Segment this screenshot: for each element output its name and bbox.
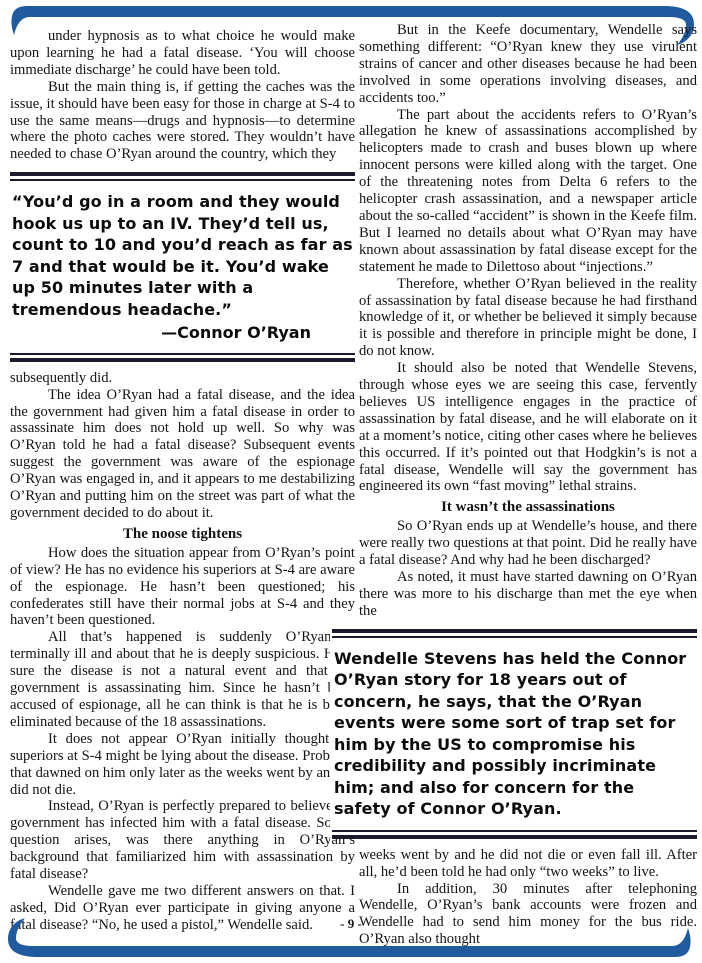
bottom-border-swoosh [8,918,691,957]
body-paragraph: under hypnosis as to what choice he woul… [10,28,355,79]
left-column: under hypnosis as to what choice he woul… [10,28,355,934]
pull-quote-text: Wendelle Stevens has held the Connor O’R… [332,638,697,830]
body-paragraph: All that’s happened is suddenly O’Ryan i… [10,629,355,730]
body-paragraph: But in the Keefe documentary, Wendelle s… [359,22,697,107]
bottom-border-bar [0,915,702,963]
section-heading-wasnt-assassinations: It wasn’t the assassinations [359,499,697,516]
quote-rule-bottom-thick [10,358,355,362]
pull-quote-wendelle-stevens: Wendelle Stevens has held the Connor O’R… [330,629,697,839]
body-paragraph: But the main thing is, if getting the ca… [10,79,355,164]
section-heading-noose-tightens: The noose tightens [10,526,355,543]
body-paragraph: So O’Ryan ends up at Wendelle’s house, a… [359,518,697,569]
body-paragraph: It should also be noted that Wendelle St… [359,360,697,495]
right-column: But in the Keefe documentary, Wendelle s… [359,22,697,948]
body-paragraph: The idea O’Ryan had a fatal disease, and… [10,387,355,522]
quote-rule-bottom-thick [332,835,697,839]
body-paragraph: As noted, it must have started dawning o… [359,569,697,620]
pull-quote-connor-oryan: “You’d go in a room and they would hook … [10,172,355,362]
pull-quote-attribution: —Connor O’Ryan [10,322,355,353]
pull-quote-text: “You’d go in a room and they would hook … [10,181,355,322]
document-page: under hypnosis as to what choice he woul… [0,0,702,963]
body-paragraph: subsequently did. [10,370,355,387]
body-paragraph: The part about the accidents refers to O… [359,107,697,276]
body-paragraph: How does the situation appear from O’Rya… [10,545,355,630]
body-paragraph: Therefore, whether O’Ryan believed in th… [359,276,697,361]
body-paragraph: weeks went by and he did not die or even… [359,847,697,881]
body-paragraph: Instead, O’Ryan is perfectly prepared to… [10,798,355,883]
body-paragraph: It does not appear O’Ryan initially thou… [10,731,355,799]
